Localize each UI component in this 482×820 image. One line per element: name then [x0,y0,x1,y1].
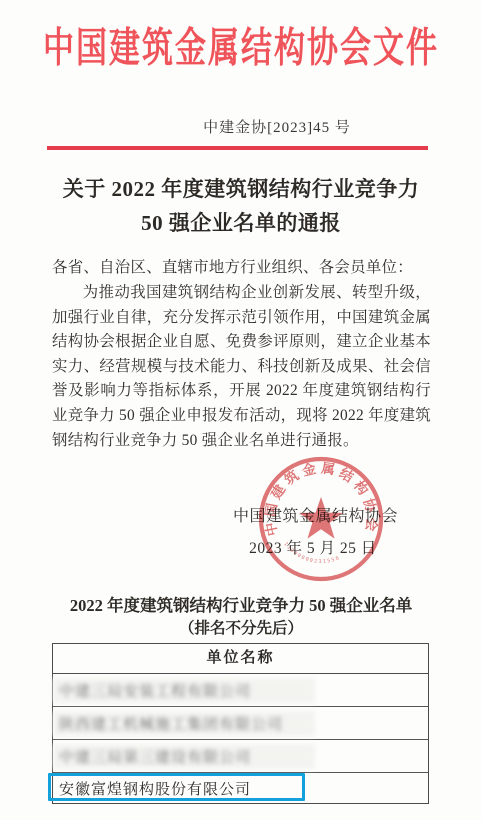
signature-date: 2023 年 5 月 25 日 [233,536,393,558]
document-number: 中建金协[2023]45 号 [36,116,482,137]
table-header-cell: 单位名称 [53,644,428,674]
company-name-blurred: 中建三局安装工程有限公司 [53,678,315,703]
table-row: 中建三局第三建设有限公司 [53,740,428,773]
table-row-highlighted[interactable]: 安徽富煌钢构股份有限公司 [53,773,428,803]
document-page[interactable]: 中国建筑金属结构协会文件 中建金协[2023]45 号 关于 2022 年度建筑… [0,0,482,820]
red-divider-line [47,146,428,150]
salutation-line: 各省、自治区、直辖市地方行业组织、各会员单位： [52,255,442,277]
company-table: 单位名称 中建三局安装工程有限公司 陕西建工机械施工集团有限公司 中建三局第三建… [52,643,429,804]
document-title-line2: 50 强企业名单的通报 [0,206,482,240]
document-title-line1: 关于 2022 年度建筑钢结构行业竞争力 [0,172,482,206]
table-row: 中建三局安装工程有限公司 [53,674,428,707]
company-name-blurred: 陕西建工机械施工集团有限公司 [53,711,315,736]
company-name-blurred: 中建三局第三建设有限公司 [53,744,315,769]
signature-block: 中国建筑金属结构协会 2023 年 5 月 25 日 [233,503,393,558]
table-row: 陕西建工机械施工集团有限公司 [53,707,428,740]
body-paragraph: 为推动我国建筑钢结构企业创新发展、转型升级，加强行业自律，充分发挥示范引领作用，… [52,281,431,453]
signature-organization: 中国建筑金属结构协会 [233,503,393,526]
list-title: 2022 年度建筑钢结构行业竞争力 50 强企业名单 [0,592,482,616]
list-subtitle: （排名不分先后） [0,616,482,638]
document-title: 关于 2022 年度建筑钢结构行业竞争力 50 强企业名单的通报 [0,172,482,240]
company-name: 安徽富煌钢构股份有限公司 [59,778,251,799]
letterhead-title: 中国建筑金属结构协会文件 [0,14,482,73]
